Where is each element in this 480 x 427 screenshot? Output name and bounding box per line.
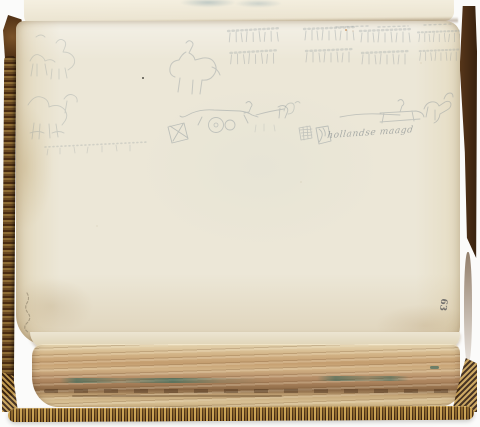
pencil-sketches-layer: [16, 21, 460, 345]
vertical-scribble: [25, 293, 30, 332]
gold-tooled-binding-left: [2, 56, 16, 396]
left-figure-group-lower: [28, 95, 77, 140]
gold-tooled-corner-left: [2, 372, 18, 412]
teal-streak-3: [430, 366, 439, 369]
dark-streak-1: [44, 389, 450, 393]
dark-streak-2: [72, 395, 282, 397]
previous-page-sketch-smudge: [172, 0, 292, 10]
paper-specks: [0, 0, 2, 2]
right-carriage-sketch: [340, 93, 453, 123]
scatter-ticks: [255, 124, 275, 132]
teal-streak-1: [60, 378, 265, 383]
placard-flag-left: [168, 123, 188, 143]
horseman-sketch: [170, 41, 220, 94]
crowd-group-2: [304, 27, 356, 62]
crowd-group-1: [228, 28, 281, 64]
placard-grid: [299, 126, 312, 140]
tiny-figure-row: [45, 142, 148, 155]
left-figure-group-upper: [30, 35, 75, 79]
leather-binding-right-taper: [464, 252, 472, 364]
carriage-sketch: [180, 102, 288, 133]
crowd-group-3: [360, 29, 412, 64]
sketchbook-photo: hollandse maagd 63: [0, 0, 480, 427]
top-dash-rows: [336, 24, 452, 27]
teal-streak-2: [317, 376, 409, 381]
gold-tooled-binding-bottom: [8, 406, 474, 422]
fore-edge-page-block: [32, 344, 460, 407]
crowd-group-4: [418, 31, 460, 61]
folio-number: 63: [437, 298, 447, 312]
